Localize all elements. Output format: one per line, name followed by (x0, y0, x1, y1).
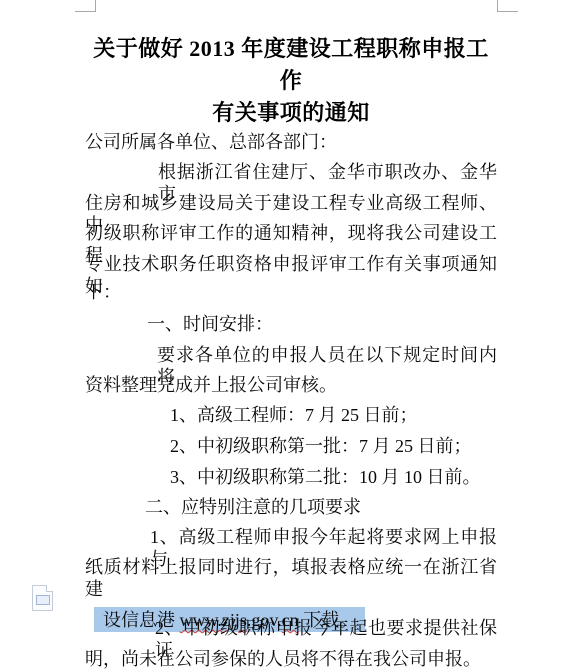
body-line: 资料整理完成并上报公司审核。 (85, 374, 337, 396)
body-line: 根据浙江省住建厅、金华市职改办、金华市 (158, 161, 497, 183)
document-title: 关于做好 2013 年度建设工程职称申报工作 有关事项的通知 (85, 33, 497, 129)
document-page: 关于做好 2013 年度建设工程职称申报工作 有关事项的通知 公司所属各单位、总… (0, 0, 580, 671)
margin-crop-mark-top-left-icon (75, 0, 96, 12)
section-heading-2: 二、应特别注意的几项要求 (145, 496, 361, 518)
title-line-2: 有关事项的通知 (85, 97, 497, 129)
list-item-3: 3、中初级职称第二批：10 月 10 日前。 (170, 466, 481, 488)
body-line: 下： (85, 281, 121, 303)
margin-crop-mark-top-right-icon (497, 0, 518, 12)
highlighted-line: 设信息港 www.zjjs.gov.cn 下载。 (85, 587, 365, 609)
list-item-2: 2、中初级职称第一批：7 月 25 日前； (170, 435, 472, 457)
section-heading-1: 一、时间安排： (147, 313, 273, 335)
body-line: 纸质材料上报同时进行，填报表格应统一在浙江省建 (85, 556, 497, 578)
body-line: 要求各单位的申报人员在以下规定时间内将 (157, 344, 497, 366)
list-item-1: 1、高级工程师：7 月 25 日前； (170, 404, 418, 426)
title-line-1: 关于做好 2013 年度建设工程职称申报工作 (85, 33, 497, 97)
paste-options-icon[interactable] (32, 585, 53, 611)
body-line: 住房和城乡建设局关于建设工程专业高级工程师、中 (85, 192, 497, 214)
salutation-line: 公司所属各单位、总部各部门： (85, 131, 337, 153)
body-line: 1、高级工程师申报今年起将要求网上申报与 (150, 526, 497, 548)
body-line: 明，尚未在公司参保的人员将不得在我公司申报。 (85, 648, 481, 670)
body-line: 2、中初级职称申报今年起也要求提供社保证 (155, 617, 497, 639)
paste-options-fold-corner (46, 585, 53, 592)
paste-options-page (36, 595, 50, 605)
body-line: 专业技术职务任职资格申报评审工作有关事项通知如 (85, 253, 497, 275)
body-line: 初级职称评审工作的通知精神，现将我公司建设工程 (85, 222, 497, 244)
